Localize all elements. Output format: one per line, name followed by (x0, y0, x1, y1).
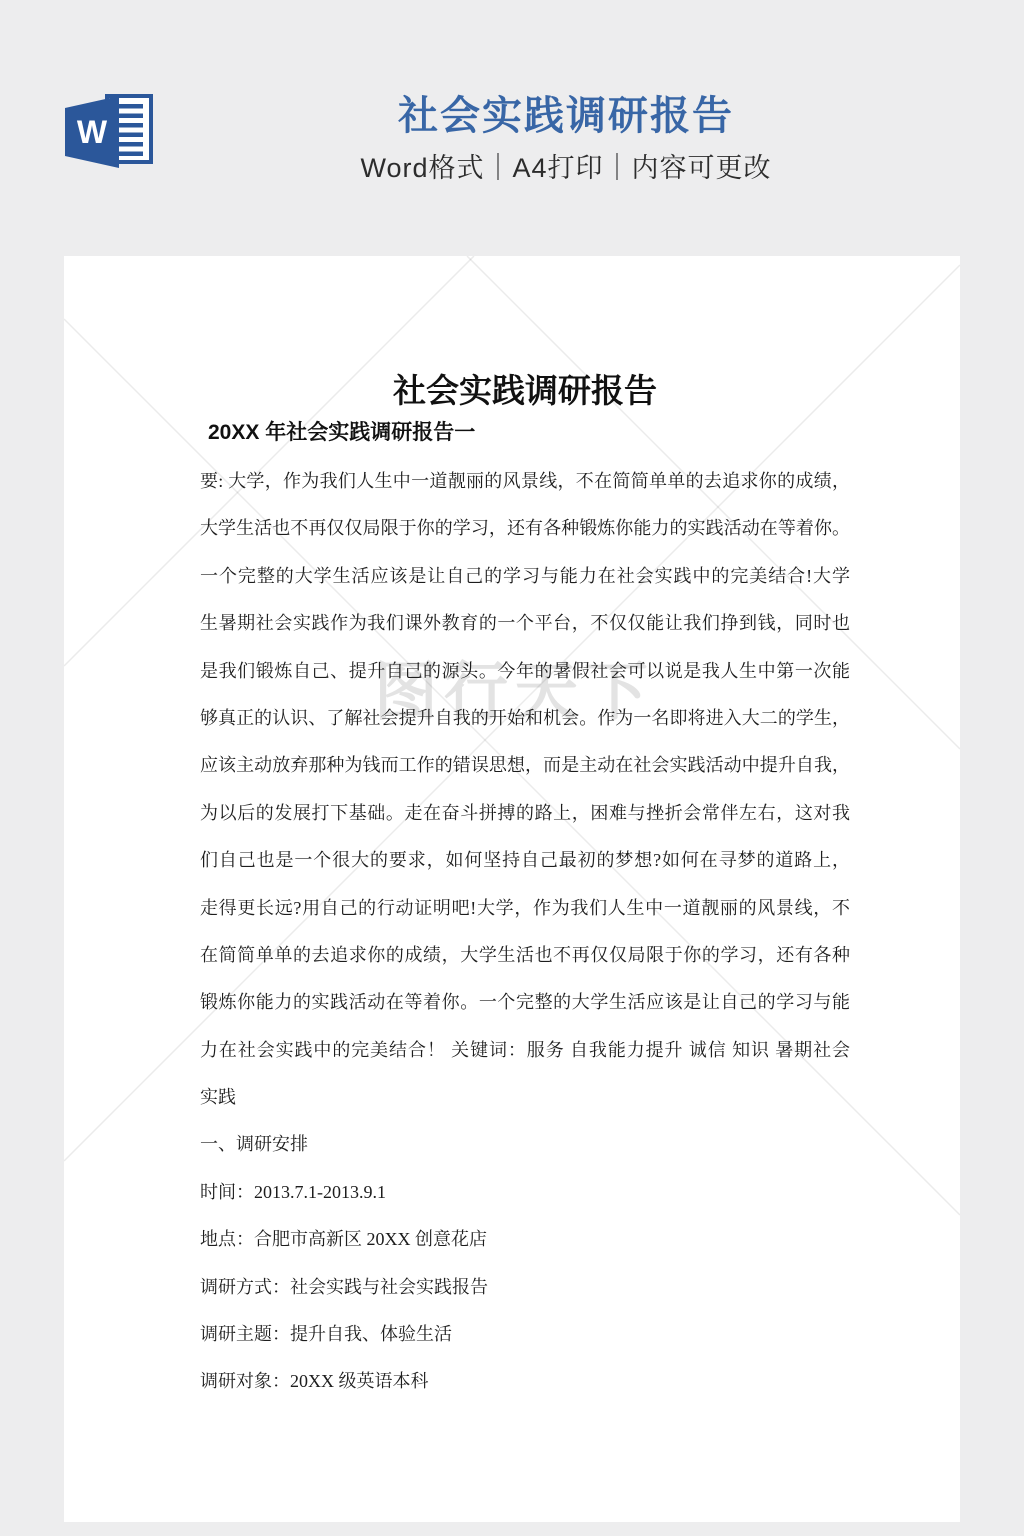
document-page: 图行天下 社会实践调研报告 20XX 年社会实践调研报告一 要: 大学，作为我们… (64, 256, 960, 1522)
doc-line: 一个完整的大学生活应该是让自己的学习与能力在社会实践中的完美结合!大学 (200, 553, 850, 600)
section-heading: 20XX 年社会实践调研报告一 (208, 420, 858, 446)
header-text: 社会实践调研报告 Word格式｜A4打印｜内容可更改 (360, 94, 771, 184)
doc-line: 是我们锻炼自己、提升自己的源头。今年的暑假社会可以说是我人生中第一次能 (200, 648, 850, 695)
doc-line: 力在社会实践中的完美结合！ 关键词：服务 自我能力提升 诚信 知识 暑期社会 (200, 1027, 850, 1074)
header-title: 社会实践调研报告 (360, 94, 771, 138)
doc-line: 实践 (200, 1074, 850, 1121)
doc-line: 生暑期社会实践作为我们课外教育的一个平台，不仅仅能让我们挣到钱，同时也 (200, 600, 850, 647)
doc-line: 调研对象：20XX 级英语本科 (200, 1358, 850, 1405)
doc-line: 地点：合肥市高新区 20XX 创意花店 (200, 1216, 850, 1263)
document-body: 要: 大学，作为我们人生中一道靓丽的风景线，不在简简单单的去追求你的成绩， 大学… (200, 458, 850, 1406)
header-subtitle: Word格式｜A4打印｜内容可更改 (360, 152, 771, 184)
doc-line: 调研方式：社会实践与社会实践报告 (200, 1264, 850, 1311)
doc-line: 为以后的发展打下基础。走在奋斗拼搏的路上，困难与挫折会常伴左右，这对我 (200, 790, 850, 837)
doc-line: 时间：2013.7.1-2013.9.1 (200, 1169, 850, 1216)
doc-line: 调研主题：提升自我、体验生活 (200, 1311, 850, 1358)
doc-line: 们自己也是一个很大的要求，如何坚持自己最初的梦想?如何在寻梦的道路上， (200, 837, 850, 884)
doc-line: 应该主动放弃那种为钱而工作的错误思想，而是主动在社会实践活动中提升自我， (200, 742, 850, 789)
doc-line: 锻炼你能力的实践活动在等着你。一个完整的大学生活应该是让自己的学习与能 (200, 979, 850, 1026)
word-icon: W (65, 92, 155, 172)
doc-line: 走得更长远?用自己的行动证明吧!大学，作为我们人生中一道靓丽的风景线，不 (200, 885, 850, 932)
word-icon-graphic: W (65, 92, 155, 172)
page-background: W 社会实践调研报告 Word格式｜A4打印｜内容可更改 图行天下 社会实践调研… (0, 0, 1024, 1536)
doc-line: 够真正的认识、了解社会提升自我的开始和机会。作为一名即将进入大二的学生， (200, 695, 850, 742)
doc-line: 要: 大学，作为我们人生中一道靓丽的风景线，不在简简单单的去追求你的成绩， (200, 458, 850, 505)
document-title: 社会实践调研报告 (200, 372, 850, 412)
doc-line: 一、调研安排 (200, 1121, 850, 1168)
word-icon-letter: W (77, 114, 108, 150)
doc-line: 在简简单单的去追求你的成绩，大学生活也不再仅仅局限于你的学习，还有各种 (200, 932, 850, 979)
doc-line: 大学生活也不再仅仅局限于你的学习，还有各种锻炼你能力的实践活动在等着你。 (200, 505, 850, 552)
